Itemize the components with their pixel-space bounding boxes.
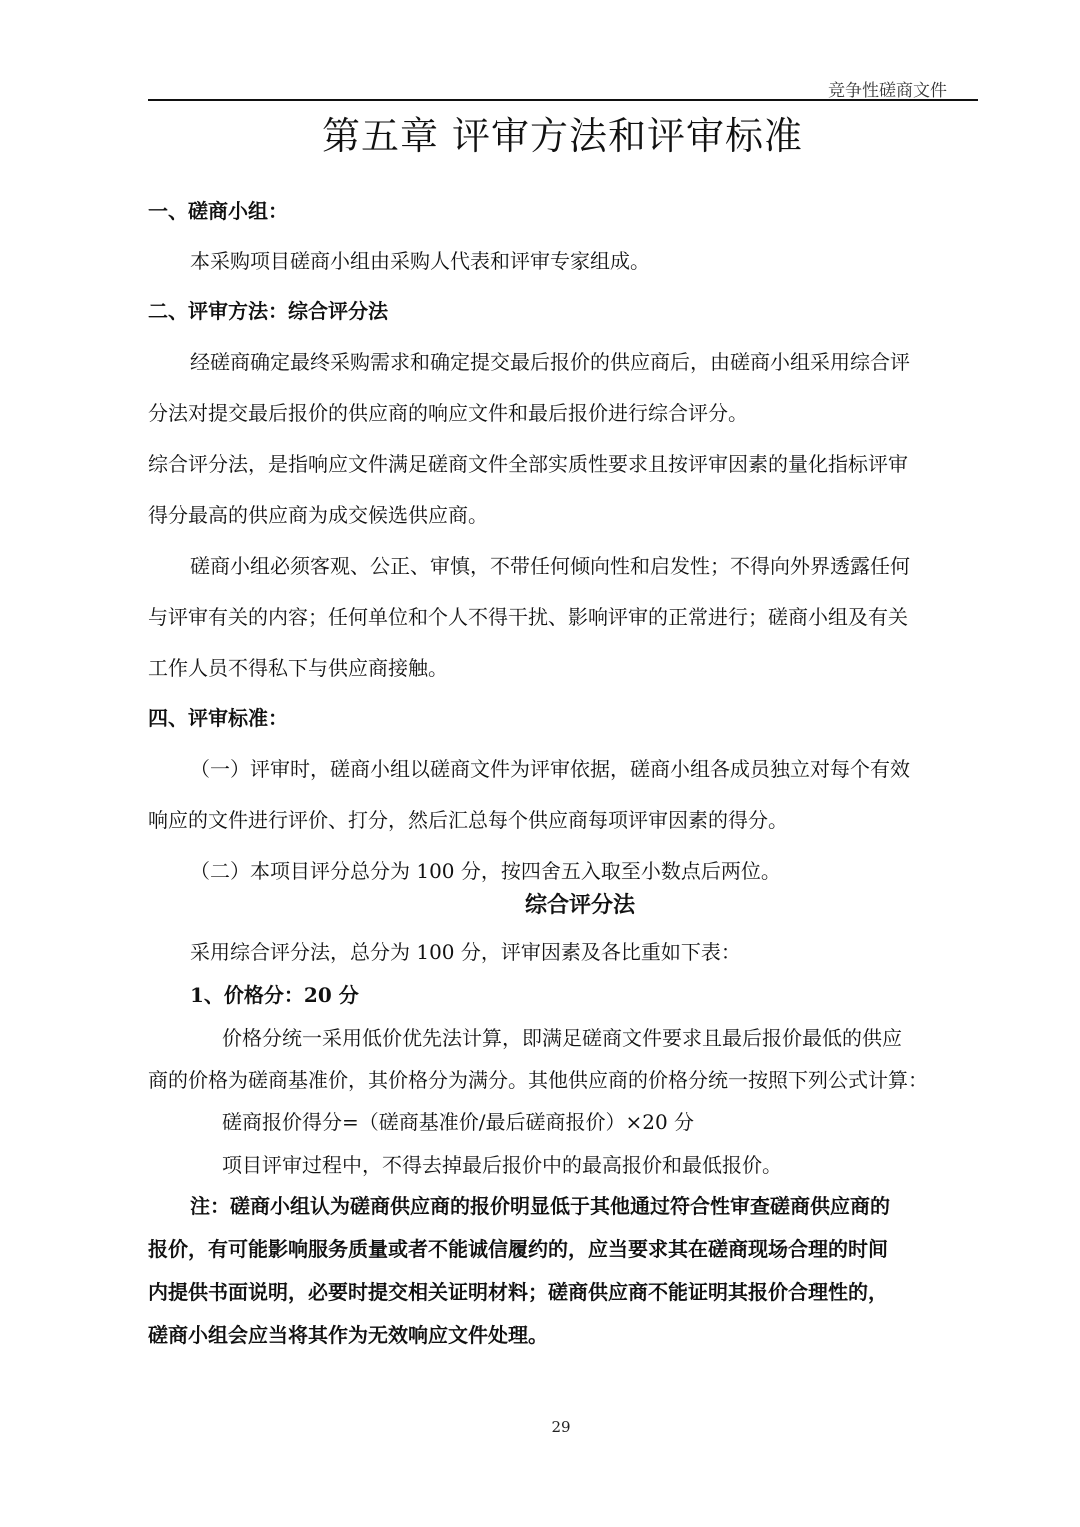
section-heading-panel: 一、磋商小组： [148,195,288,224]
note: 注：磋商小组认为磋商供应商的报价明显低于其他通过符合性审查磋商供应商的 [190,1190,890,1219]
header-rule [148,99,978,101]
note: 内提供书面说明，必要时提交相关证明材料；磋商供应商不能证明其报价合理性的， [148,1276,888,1305]
paragraph: 响应的文件进行评价、打分，然后汇总每个供应商每项评审因素的得分。 [148,804,788,833]
running-header: 竞争性磋商文件 [828,76,947,101]
paragraph: 磋商小组必须客观、公正、审慎，不带任何倾向性和启发性；不得向外界透露任何 [190,550,910,579]
page-number: 29 [0,1418,1080,1436]
paragraph: （一）评审时，磋商小组以磋商文件为评审依据，磋商小组各成员独立对每个有效 [190,753,910,782]
paragraph: 本采购项目磋商小组由采购人代表和评审专家组成。 [190,245,650,274]
chapter-title: 第五章 评审方法和评审标准 [0,105,1080,160]
section-heading-standards: 四、评审标准： [148,702,288,731]
paragraph: 项目评审过程中，不得去掉最后报价中的最高报价和最低报价。 [222,1149,782,1178]
paragraph: （二）本项目评分总分为 100 分，按四舍五入取至小数点后两位。 [190,855,781,884]
paragraph: 得分最高的供应商为成交候选供应商。 [148,499,488,528]
note: 磋商小组会应当将其作为无效响应文件处理。 [148,1319,548,1348]
method-title: 综合评分法 [0,888,1080,919]
section-heading-method: 二、评审方法：综合评分法 [148,295,388,324]
paragraph: 商的价格为磋商基准价，其价格分为满分。其他供应商的价格分统一按照下列公式计算： [148,1064,928,1093]
price-formula: 磋商报价得分=（磋商基准价/最后磋商报价）×20 分 [222,1106,694,1135]
note: 报价，有可能影响服务质量或者不能诚信履约的，应当要求其在磋商现场合理的时间 [148,1233,888,1262]
paragraph: 与评审有关的内容；任何单位和个人不得干扰、影响评审的正常进行；磋商小组及有关 [148,601,908,630]
paragraph: 工作人员不得私下与供应商接触。 [148,652,448,681]
paragraph: 经磋商确定最终采购需求和确定提交最后报价的供应商后，由磋商小组采用综合评 [190,346,910,375]
paragraph: 价格分统一采用低价优先法计算，即满足磋商文件要求且最后报价最低的供应 [222,1022,902,1051]
paragraph: 采用综合评分法，总分为 100 分，评审因素及各比重如下表： [190,936,741,965]
price-score-heading: 1、价格分：20 分 [190,979,359,1008]
paragraph: 综合评分法，是指响应文件满足磋商文件全部实质性要求且按评审因素的量化指标评审 [148,448,908,477]
paragraph: 分法对提交最后报价的供应商的响应文件和最后报价进行综合评分。 [148,397,748,426]
